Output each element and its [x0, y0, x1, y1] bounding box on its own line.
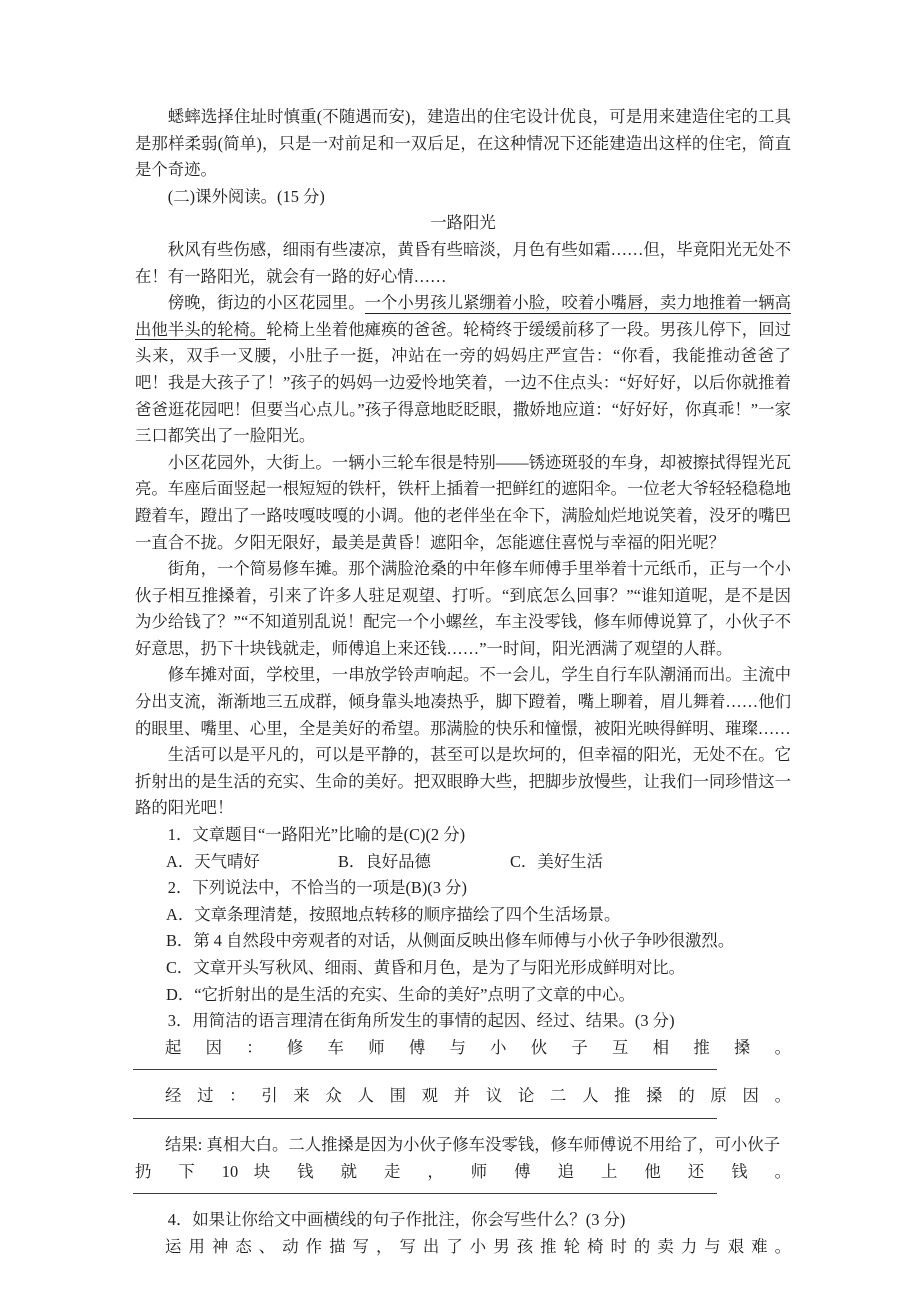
question-1-option-a: A．天气晴好 [166, 849, 338, 876]
question-2-option-b: B．第 4 自然段中旁观者的对话，从侧面反映出修车师傅与小伙子争吵很激烈。 [135, 928, 791, 955]
question-4: 4．如果让你给文中画横线的句子作批注，你会写些什么？(3 分) [135, 1207, 791, 1234]
question-3: 3．用简洁的语言理清在街角所发生的事情的起因、经过、结果。(3 分) [135, 1008, 791, 1035]
answer-blank-line-2 [133, 1118, 717, 1119]
answer-process: 经 过 ： 引 来 众 人 围 观 并 议 论 二 人 推 搡 的 原 因 。 [135, 1083, 791, 1110]
reading-paragraph-1: 秋风有些伤感，细雨有些凄凉，黄昏有些暗淡，月色有些如霜……但，毕竟阳光无处不在！… [135, 237, 791, 290]
question-2-option-d: D．“它折射出的是生活的充实、生命的美好”点明了文章的中心。 [135, 982, 791, 1009]
reading-title: 一路阳光 [135, 210, 791, 237]
section-heading: (二)课外阅读。(15 分) [135, 184, 791, 211]
answer-blank-line-1 [133, 1069, 717, 1070]
paragraph-2-lead: 傍晚，街边的小区花园里。 [168, 293, 365, 312]
question-1-option-c: C．美好生活 [510, 849, 603, 876]
question-1: 1．文章题目“一路阳光”比喻的是(C)(2 分) [135, 822, 791, 849]
text-block: 蟋蟀选择住址时慎重(不随遇而安)，建造出的住宅设计优良，可是用来建造住宅的工具是… [135, 104, 791, 1260]
reading-paragraph-2: 傍晚，街边的小区花园里。一个小男孩儿紧绷着小脸，咬着小嘴唇，卖力地推着一辆高出他… [135, 290, 791, 450]
reading-paragraph-4: 街角，一个简易修车摊。那个满脸沧桑的中年修车师傅手里举着十元纸币，正与一个小伙子… [135, 556, 791, 662]
question-2-option-c: C．文章开头写秋风、细雨、黄昏和月色，是为了与阳光形成鲜明对比。 [135, 955, 791, 982]
answer-result-line-2: 扔 下 10 块 钱 就 走 ， 师 傅 追 上 他 还 钱 。 [135, 1159, 791, 1186]
reading-paragraph-6: 生活可以是平凡的，可以是平静的，甚至可以是坎坷的，但幸福的阳光，无处不在。它折射… [135, 742, 791, 822]
question-2: 2．下列说法中，不恰当的一项是(B)(3 分) [135, 875, 791, 902]
answer-blank-line-3 [133, 1193, 717, 1194]
intro-paragraph: 蟋蟀选择住址时慎重(不随遇而安)，建造出的住宅设计优良，可是用来建造住宅的工具是… [135, 104, 791, 184]
answer-q4: 运 用 神 态 、 动 作 描 写 ， 写 出 了 小 男 孩 推 轮 椅 时 … [135, 1234, 791, 1261]
question-1-options: A．天气晴好 B．良好品德 C．美好生活 [135, 849, 791, 876]
answer-result-line-1: 结果: 真相大白。二人推搡是因为小伙子修车没零钱，修车师傅说不用给了，可小伙子 [135, 1132, 791, 1159]
question-1-option-b: B．良好品德 [338, 849, 510, 876]
answer-cause: 起 因 ： 修 车 师 傅 与 小 伙 子 互 相 推 搡 。 [135, 1035, 791, 1062]
reading-paragraph-5: 修车摊对面，学校里，一串放学铃声响起。不一会儿，学生自行车队潮涌而出。主流中分出… [135, 662, 791, 742]
question-2-option-a: A．文章条理清楚，按照地点转移的顺序描绘了四个生活场景。 [135, 902, 791, 929]
document-page: 蟋蟀选择住址时慎重(不随遇而安)，建造出的住宅设计优良，可是用来建造住宅的工具是… [0, 0, 920, 1302]
reading-paragraph-3: 小区花园外，大街上。一辆小三轮车很是特别——锈迹斑驳的车身，却被擦拭得锃光瓦亮。… [135, 450, 791, 556]
